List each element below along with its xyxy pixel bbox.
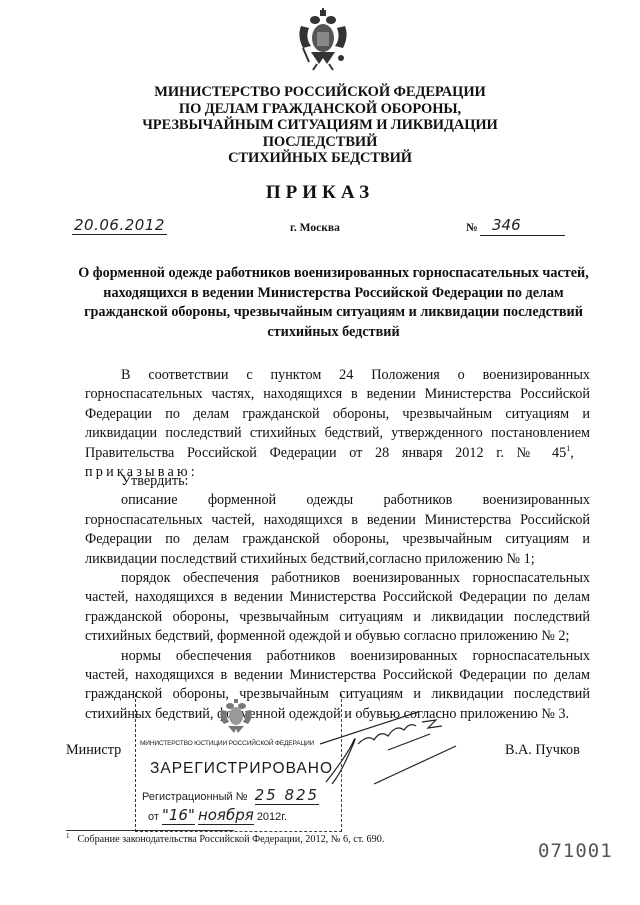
ministry-heading: МИНИСТЕРСТВО РОССИЙСКОЙ ФЕДЕРАЦИИ ПО ДЕЛ… <box>120 84 520 167</box>
stamp-date-prefix: от <box>148 811 159 823</box>
stamp-organization: МИНИСТЕРСТВО ЮСТИЦИИ РОССИЙСКОЙ ФЕДЕРАЦИ… <box>140 740 340 747</box>
stamp-date-year: 2012г. <box>257 811 287 823</box>
stamp-date-row: от "16" ноября 2012г. <box>148 806 287 824</box>
ministry-line: ЧРЕЗВЫЧАЙНЫМ СИТУАЦИЯМ И ЛИКВИДАЦИИ ПОСЛ… <box>120 117 520 150</box>
footnote: 1Собрание законодательства Российской Фе… <box>66 834 384 845</box>
city: г. Москва <box>290 222 340 234</box>
approve-item-2: порядок обеспечения работников военизиро… <box>85 569 590 647</box>
order-subject: О форменной одежде работников военизиров… <box>76 264 591 342</box>
order-number: 346 <box>492 216 521 234</box>
preamble-text: В соответствии с пунктом 24 Положения о … <box>85 367 590 461</box>
stamp-status: ЗАРЕГИСТРИРОВАНО <box>150 760 333 778</box>
preamble-tail: , <box>570 445 574 461</box>
signatory-position: Министр <box>66 742 121 759</box>
serial-number: 071001 <box>538 840 613 862</box>
footnote-marker: 1 <box>66 832 70 840</box>
preamble: В соответствии с пунктом 24 Положения о … <box>85 366 590 482</box>
footnote-text: Собрание законодательства Российской Фед… <box>78 834 385 845</box>
russian-coat-of-arms-icon <box>295 8 351 72</box>
approve-label: Утвердить: <box>85 472 590 491</box>
stamp-reg-number: 25 825 <box>255 786 320 805</box>
ministry-line: СТИХИЙНЫХ БЕДСТВИЙ <box>120 150 520 167</box>
ministry-line: МИНИСТЕРСТВО РОССИЙСКОЙ ФЕДЕРАЦИИ <box>120 84 520 101</box>
number-sign: № <box>466 222 478 234</box>
stamp-reg-label: Регистрационный № <box>142 791 248 803</box>
signatory-name: В.А. Пучков <box>505 742 580 759</box>
order-date: 20.06.2012 <box>72 216 167 235</box>
stamp-date-day: "16" <box>162 806 195 825</box>
registration-stamp: МИНИСТЕРСТВО ЮСТИЦИИ РОССИЙСКОЙ ФЕДЕРАЦИ… <box>135 694 342 832</box>
footnote-divider <box>66 830 234 831</box>
stamp-date-month: ноября <box>198 806 254 825</box>
approve-section: Утвердить: описание форменной одежды раб… <box>85 472 590 724</box>
russian-coat-of-arms-icon <box>218 698 254 734</box>
document-type-title: ПРИКАЗ <box>0 182 640 204</box>
number-underline <box>480 235 565 236</box>
ministry-line: ПО ДЕЛАМ ГРАЖДАНСКОЙ ОБОРОНЫ, <box>120 101 520 118</box>
approve-item-1: описание форменной одежды работников вое… <box>85 491 590 569</box>
stamp-registration-number-row: Регистрационный № 25 825 <box>142 786 319 804</box>
